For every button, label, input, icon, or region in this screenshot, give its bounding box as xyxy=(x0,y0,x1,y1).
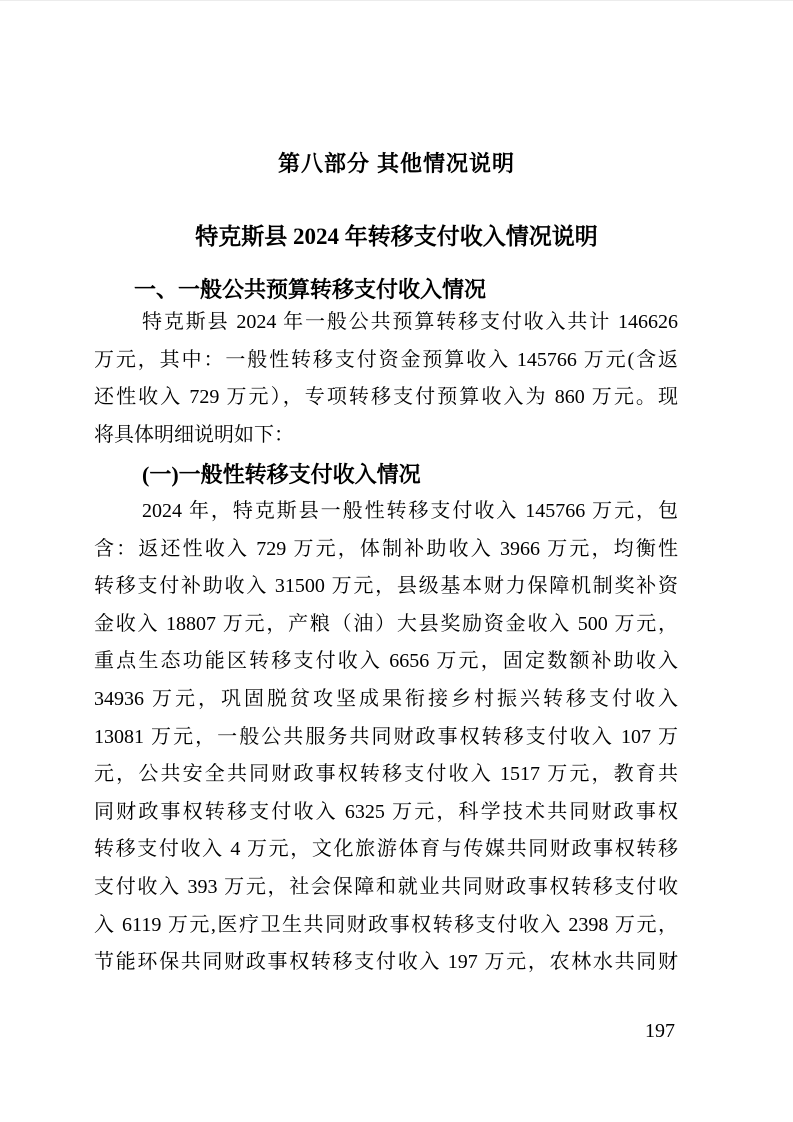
page-number: 197 xyxy=(645,1019,675,1043)
body-line: 13081 万元，一般公共服务共同财政事权转移支付收入 107 万 xyxy=(94,719,678,757)
body-line: 转移支付补助收入 31500 万元，县级基本财力保障机制奖补资 xyxy=(94,568,678,606)
section-heading-general-public-budget: 一、一般公共预算转移支付收入情况 xyxy=(94,277,678,303)
section-heading-general-transfer-payment: (一)一般性转移支付收入情况 xyxy=(94,462,678,488)
paragraph-general-transfer-payment: 2024 年，特克斯县一般性转移支付收入 145766 万元，包 含：返还性收入… xyxy=(94,493,678,982)
body-line: 支付收入 393 万元，社会保障和就业共同财政事权转移支付收 xyxy=(94,869,678,907)
body-line: 特克斯县 2024 年一般公共预算转移支付收入共计 146626 xyxy=(94,304,678,342)
body-line: 34936 万元，巩固脱贫攻坚成果衔接乡村振兴转移支付收入 xyxy=(94,681,678,719)
body-line: 元，公共安全共同财政事权转移支付收入 1517 万元，教育共 xyxy=(94,756,678,794)
body-line: 入 6119 万元,医疗卫生共同财政事权转移支付收入 2398 万元， xyxy=(94,907,678,945)
body-line: 金收入 18807 万元，产粮（油）大县奖励资金收入 500 万元， xyxy=(94,606,678,644)
paragraph-general-public-budget: 特克斯县 2024 年一般公共预算转移支付收入共计 146626 万元，其中：一… xyxy=(94,304,678,454)
body-line: 将具体明细说明如下： xyxy=(94,417,678,455)
body-line: 重点生态功能区转移支付收入 6656 万元，固定数额补助收入 xyxy=(94,643,678,681)
body-line: 同财政事权转移支付收入 6325 万元，科学技术共同财政事权 xyxy=(94,794,678,832)
body-line: 还性收入 729 万元），专项转移支付预算收入为 860 万元。现 xyxy=(94,379,678,417)
part-heading: 第八部分 其他情况说明 xyxy=(0,151,793,177)
body-line: 节能环保共同财政事权转移支付收入 197 万元，农林水共同财 xyxy=(94,944,678,982)
document-page: 第八部分 其他情况说明 特克斯县 2024 年转移支付收入情况说明 一、一般公共… xyxy=(0,0,793,1122)
body-line: 万元，其中：一般性转移支付资金预算收入 145766 万元(含返 xyxy=(94,342,678,380)
body-line: 含：返还性收入 729 万元，体制补助收入 3966 万元，均衡性 xyxy=(94,531,678,569)
body-line: 转移支付收入 4 万元，文化旅游体育与传媒共同财政事权转移 xyxy=(94,831,678,869)
document-title: 特克斯县 2024 年转移支付收入情况说明 xyxy=(0,222,793,252)
body-line: 2024 年，特克斯县一般性转移支付收入 145766 万元，包 xyxy=(94,493,678,531)
